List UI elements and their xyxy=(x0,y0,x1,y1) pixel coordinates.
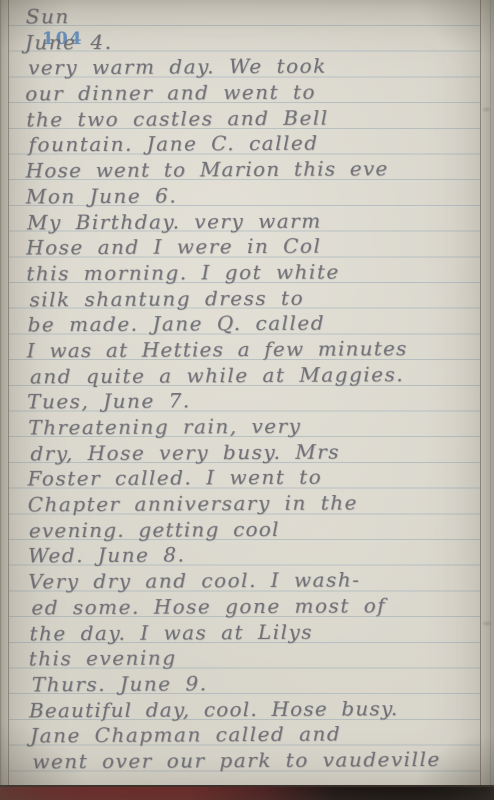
handwritten-line: this evening xyxy=(29,644,488,672)
handwritten-line: be made. Jane Q. called xyxy=(28,310,486,338)
date-heading-line: Tues, June 7. xyxy=(27,387,486,415)
page-right-edge xyxy=(480,0,494,787)
date-heading-line: Thurs. June 9. xyxy=(32,669,488,697)
handwritten-line: our dinner and went to xyxy=(25,79,484,107)
date-heading-line: Sun xyxy=(26,2,484,30)
handwritten-line: very warm day. We took xyxy=(28,53,484,81)
handwritten-line: ed some. Hose gone most of xyxy=(31,592,487,620)
diary-page: 104 SunJune 4.very warm day. We tookour … xyxy=(0,0,494,800)
underlying-page-edge xyxy=(490,0,491,787)
page-binding-edge xyxy=(0,0,9,787)
handwritten-line: I was at Hetties a few minutes xyxy=(27,336,486,364)
pencil-smudge xyxy=(483,108,490,111)
handwritten-line: Beautiful day, cool. Hose busy. xyxy=(29,695,488,723)
handwritten-line: evening. getting cool xyxy=(29,515,487,543)
handwritten-line: Chapter anniversary in the xyxy=(28,490,487,518)
handwritten-line: and quite a while at Maggies. xyxy=(30,361,486,389)
handwritten-line: this morning. I got white xyxy=(26,258,485,286)
handwritten-line: fountain. Jane C. called xyxy=(28,130,484,158)
handwritten-line: silk shantung dress to xyxy=(29,284,485,312)
date-heading-line: June 4. xyxy=(25,27,484,55)
handwritten-line: went over our park to vaudeville xyxy=(32,747,488,775)
handwritten-line: the day. I was at Lilys xyxy=(29,618,487,646)
handwritten-line: Foster called. I went to xyxy=(27,464,486,492)
handwritten-line: Very dry and cool. I wash- xyxy=(28,567,487,595)
date-heading-line: Mon June 6. xyxy=(26,181,485,209)
handwritten-line: dry, Hose very busy. Mrs xyxy=(30,438,486,466)
handwriting-text: SunJune 4.very warm day. We tookour dinn… xyxy=(25,2,489,775)
handwritten-line: the two castles and Bell xyxy=(26,104,484,132)
diary-photo: 104 SunJune 4.very warm day. We tookour … xyxy=(0,0,494,800)
date-heading-line: Wed. June 8. xyxy=(28,541,487,569)
handwritten-line: Threatening rain, very xyxy=(28,413,486,441)
handwritten-line: Hose went to Marion this eve xyxy=(26,156,485,184)
handwritten-line: Hose and I were in Col xyxy=(26,233,485,261)
handwritten-line: My Birthday. very warm xyxy=(27,207,485,235)
book-cover-edge xyxy=(0,785,494,800)
handwritten-line: Jane Chapman called and xyxy=(30,721,488,749)
pencil-smudge xyxy=(483,622,491,625)
